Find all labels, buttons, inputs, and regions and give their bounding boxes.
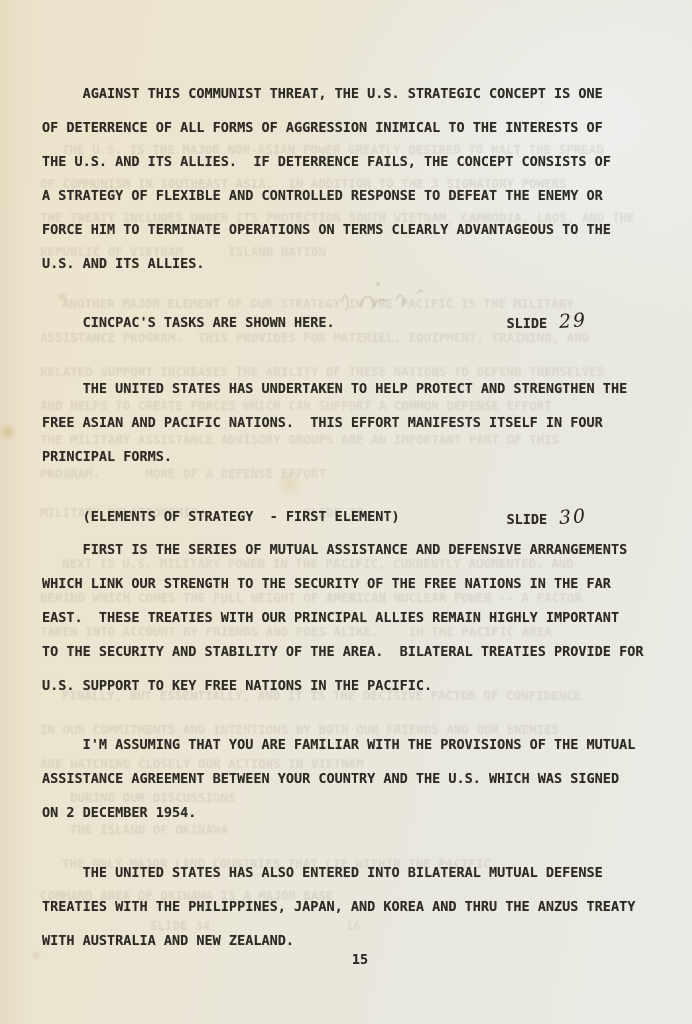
page-number: 15 — [0, 943, 692, 977]
paragraph-strategic-concept: AGAINST THIS COMMUNIST THREAT, THE U.S. … — [42, 77, 662, 281]
heading-elements-of-strategy: (ELEMENTS OF STRATEGY - FIRST ELEMENT) — [42, 500, 662, 534]
paragraph-us-undertaken: THE UNITED STATES HAS UNDERTAKEN TO HELP… — [42, 372, 662, 474]
paragraph-mutual-assistance: FIRST IS THE SERIES OF MUTUAL ASSISTANCE… — [42, 533, 662, 703]
scanned-document-page: THE U.S. IS THE MAJOR NON-ASIAN POWER GR… — [0, 0, 692, 1024]
paragraph-assuming-familiar: I'M ASSUMING THAT YOU ARE FAMILIAR WITH … — [42, 728, 662, 830]
paragraph-cincpac-tasks: CINCPAC'S TASKS ARE SHOWN HERE. — [42, 306, 662, 340]
